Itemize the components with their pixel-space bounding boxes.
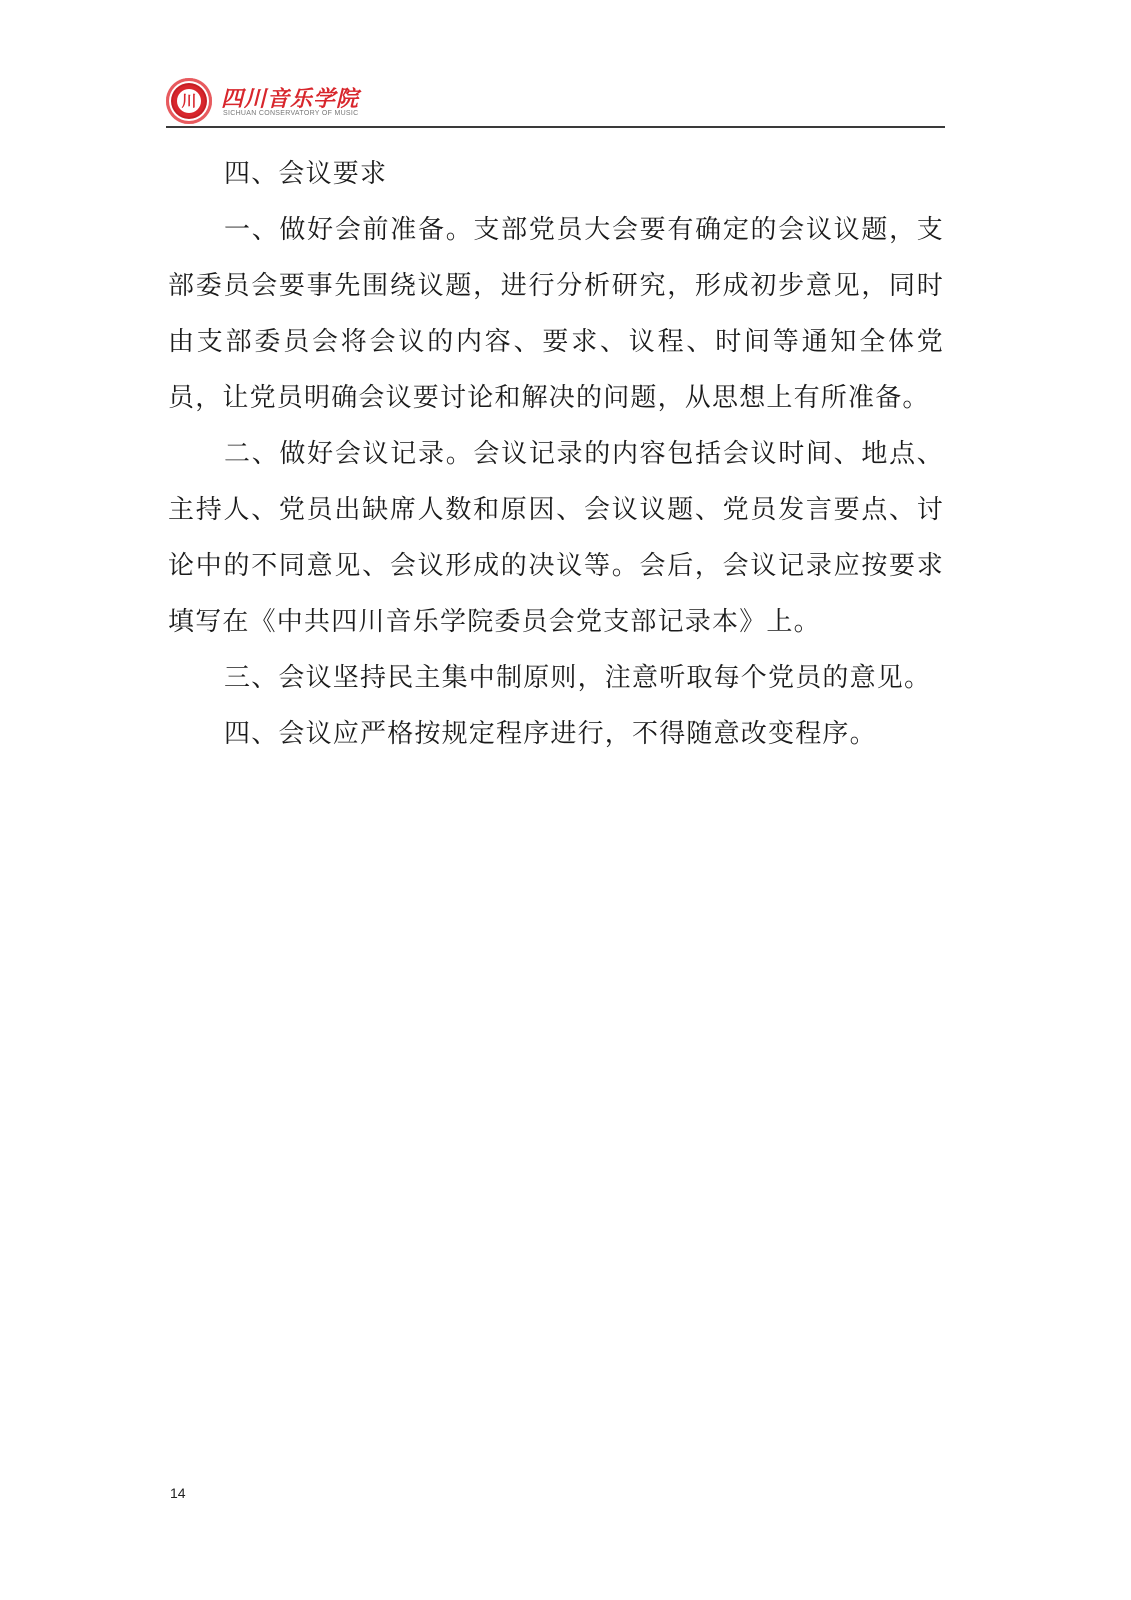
paragraph-3: 三、会议坚持民主集中制原则，注意听取每个党员的意见。 <box>168 650 944 706</box>
page-header: 川 四川音乐学院 SICHUAN CONSERVATORY OF MUSIC <box>166 78 946 128</box>
paragraph-2: 二、做好会议记录。会议记录的内容包括会议时间、地点、主持人、党员出缺席人数和原因… <box>168 426 944 650</box>
paragraph-1: 一、做好会前准备。支部党员大会要有确定的会议议题，支部委员会要事先围绕议题，进行… <box>168 202 944 426</box>
section-heading: 四、会议要求 <box>168 146 944 202</box>
header-divider <box>166 126 945 128</box>
document-body: 四、会议要求 一、做好会前准备。支部党员大会要有确定的会议议题，支部委员会要事先… <box>168 146 944 762</box>
logo-mark: 川 <box>177 89 201 113</box>
institution-logo-icon: 川 <box>166 78 212 124</box>
page-number: 14 <box>170 1485 186 1501</box>
institution-name-cn: 四川音乐学院 <box>221 82 359 113</box>
paragraph-4: 四、会议应严格按规定程序进行，不得随意改变程序。 <box>168 706 944 762</box>
institution-name-en: SICHUAN CONSERVATORY OF MUSIC <box>223 110 359 117</box>
